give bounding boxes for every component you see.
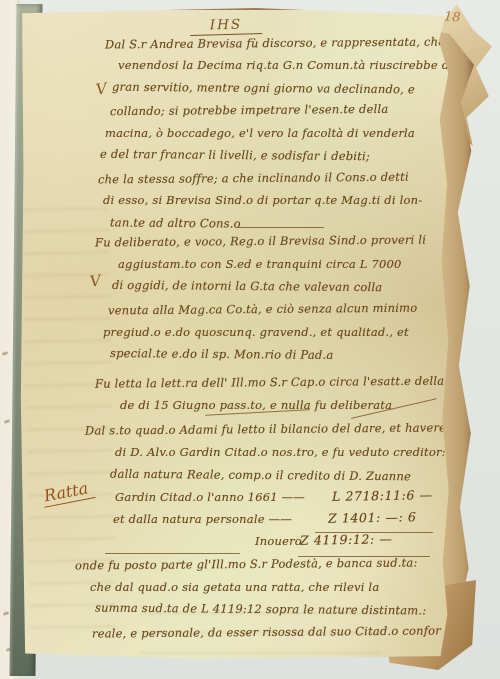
manuscript-photo: IHS Dal S.r Andrea Brevisa fù discorso, … (0, 0, 500, 679)
manuscript-line: che dal quad.o sia getata una ratta, che… (90, 580, 379, 594)
manuscript-line: di oggidi, de intorni la G.ta che valeva… (112, 278, 382, 294)
bleed-mark (2, 351, 9, 356)
manuscript-line: Dal s.to quad.o Adami fu letto il bilanc… (85, 420, 450, 437)
manuscript-line: special.te e.do il sp. Mon.rio di Pad.a (110, 346, 334, 362)
manuscript-line: di esso, si Brevisa Sind.o di portar q.t… (103, 193, 422, 207)
bleed-mark (4, 419, 11, 424)
manuscript-line: che la stessa soffre; a che inclinando i… (98, 170, 409, 187)
ledger-amount: Z 4119:12: — (300, 531, 393, 548)
ledger-label: et dalla natura personale —— (113, 512, 292, 526)
margin-check-mark: V (89, 271, 102, 290)
ink-rule-paragraph-end (236, 227, 324, 228)
manuscript-line: e del trar francar li livelli, e sodisfa… (100, 147, 370, 163)
ihs-monogram: IHS (190, 16, 262, 36)
ledger-label: Gardin Citad.o l'anno 1661 —— (115, 490, 305, 504)
margin-check-mark: V (95, 79, 108, 98)
manuscript-line: aggiustam.to con S.ed e tranquini circa … (118, 257, 402, 271)
manuscript-line: dalla natura Reale, comp.o il credito di… (110, 467, 411, 484)
manuscript-line: reale, e personale, da esser risossa dal… (92, 623, 441, 640)
manuscript-line: collando; si potrebbe impetrare l'esen.t… (110, 102, 389, 118)
manuscript-line: di D. Alv.o Gardin Citad.o nos.tro, e fu… (115, 445, 446, 459)
manuscript-line: Fu deliberato, e voco, Reg.o il Brevisa … (95, 233, 426, 250)
manuscript-line: macina, ò boccadego, e'l vero la facoltà… (105, 126, 415, 140)
ledger-amount: L 2718:11:6 — (332, 487, 433, 504)
manuscript-line: venendosi la Decima riq.ta G.n Comun.tà … (118, 58, 450, 72)
manuscript-line: de di 15 Giugno pass.to, e nulla fu deli… (120, 398, 392, 412)
manuscript-line: summa sud.ta de L 4119:12 sopra le natur… (95, 601, 427, 618)
ink-rule-total-left (105, 553, 240, 554)
manuscript-line: Fu letta la lett.ra dell' Ill.mo S.r Cap… (95, 373, 450, 390)
ledger-label: Inouero (255, 534, 302, 548)
manuscript-line: gran servitio, mentre ogni giorno va dec… (112, 80, 415, 97)
manuscript-line: Dal S.r Andrea Brevisa fù discorso, e ra… (105, 35, 445, 52)
manuscript-line: tan.te ad altro Cons.o (110, 215, 241, 230)
folio-number: 18 (443, 9, 461, 25)
manuscript-line: pregiud.o e.do quoscunq. gravend., et qu… (103, 325, 409, 339)
manuscript-page: IHS Dal S.r Andrea Brevisa fù discorso, … (20, 8, 450, 660)
manuscript-line: onde fu posto parte gl'Ill.mo S.r Podest… (75, 556, 418, 573)
manuscript-line: venuta alla Mag.ca Co.tà, e ciò senza al… (108, 301, 417, 318)
ledger-amount: Z 1401: —: 6 (328, 509, 417, 526)
bleed-mark (3, 611, 10, 616)
